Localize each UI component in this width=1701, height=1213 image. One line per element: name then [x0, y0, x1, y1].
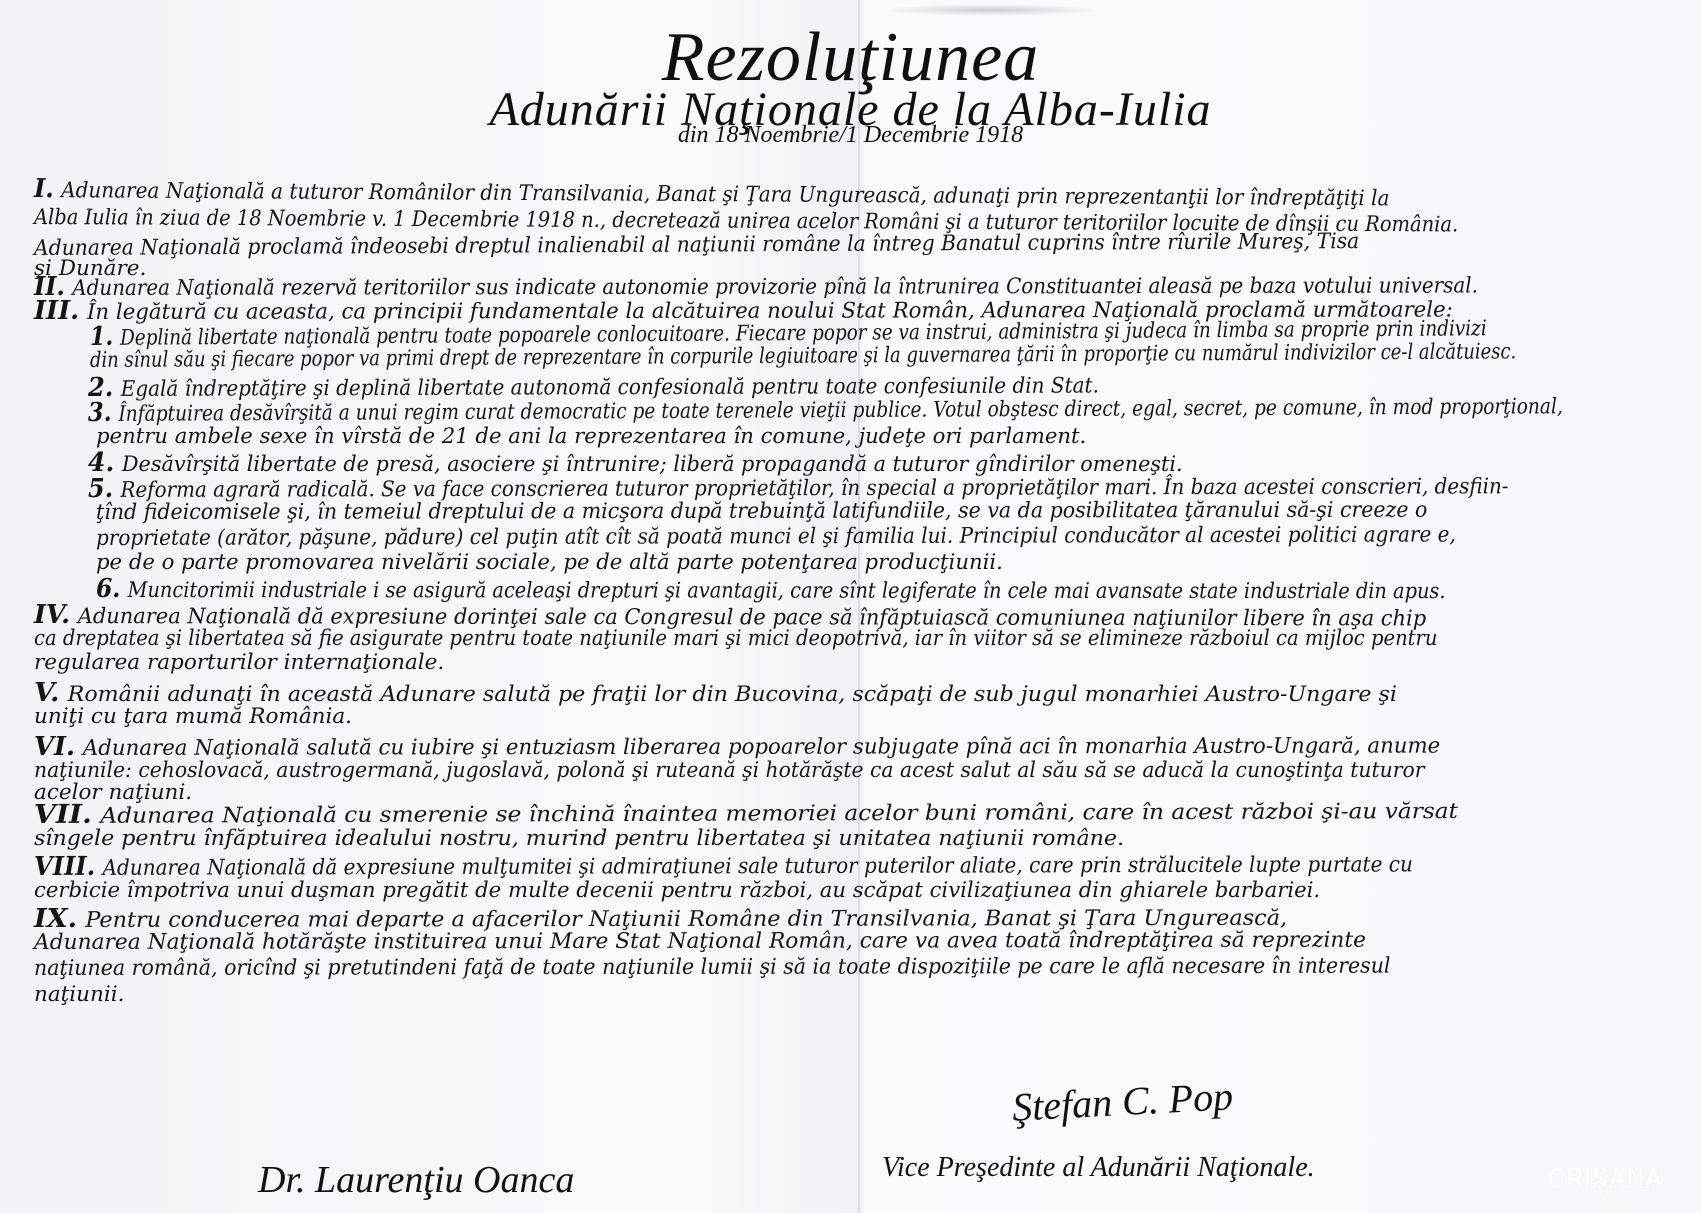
resolution-line: cerbicie împotriva unui duşman pregătit … [34, 878, 1320, 903]
line-text: Adunarea Naţională dă expresiune mulţumi… [103, 852, 1413, 880]
resolution-line: 3.Înfăptuirea desăvîrşită a unui regim c… [88, 390, 1563, 428]
line-text: ţînd fideicomisele şi, în temeiul dreptu… [96, 498, 1427, 525]
signature-laurentiu-oanca: Dr. Laurenţiu Oanca [258, 1158, 574, 1202]
line-text: sîngele pentru înfăptuirea idealului nos… [34, 826, 1124, 851]
resolution-line: Adunarea Naţională hotărăşte instituirea… [34, 928, 1366, 955]
section-number: I. [34, 174, 54, 204]
section-number: III. [34, 296, 79, 326]
resolution-line: sîngele pentru înfăptuirea idealului nos… [34, 826, 1124, 851]
line-text: Adunarea Naţională cu smerenie se închin… [100, 799, 1458, 829]
resolution-line: naţiunii. [34, 982, 124, 1007]
resolution-line: proprietate (arător, păşune, pădure) cel… [96, 522, 1456, 551]
line-text: Adunarea Naţională salută cu iubire şi e… [83, 734, 1440, 761]
line-text: pe de o parte promovarea nivelării socia… [96, 550, 1003, 575]
line-text: Adunarea Naţională proclamă îndeosebi dr… [34, 229, 1359, 261]
document-date: din 18 Noembrie/1 Decembrie 1918 [0, 122, 1701, 149]
line-text: pentru ambele sexe în vîrstă de 21 de an… [96, 424, 1086, 449]
scan-smudge [880, 4, 1100, 16]
resolution-line: ţînd fideicomisele şi, în temeiul dreptu… [96, 498, 1427, 525]
resolution-line: ca dreptatea şi libertatea să fie asigur… [34, 626, 1437, 651]
resolution-line: naţiunea română, oricînd şi pretutindeni… [34, 954, 1391, 981]
line-text: uniţi cu ţara mumă România. [34, 704, 352, 729]
line-text: naţiunea română, oricînd şi pretutindeni… [34, 954, 1391, 981]
signature-stefan-pop: Ştefan C. Pop [1011, 1072, 1234, 1131]
crisana-watermark: CRIŞANA [1548, 1162, 1663, 1196]
resolution-line: pentru ambele sexe în vîrstă de 21 de an… [96, 424, 1086, 449]
resolution-line: naţiunile: cehoslovacă, austrogermană, j… [34, 758, 1424, 783]
resolution-line: uniţi cu ţara mumă România. [34, 704, 352, 729]
line-text: cerbicie împotriva unui duşman pregătit … [34, 878, 1320, 903]
resolution-line: regularea raporturilor internaţionale. [34, 650, 444, 675]
line-text: ca dreptatea şi libertatea să fie asigur… [34, 626, 1437, 651]
line-text: regularea raporturilor internaţionale. [34, 650, 444, 675]
signature-role-vice-president: Vice Preşedinte al Adunării Naţionale. [882, 1152, 1315, 1184]
line-text: naţiunii. [34, 982, 124, 1007]
resolution-line: Adunarea Naţională proclamă îndeosebi dr… [34, 229, 1359, 261]
line-text: naţiunile: cehoslovacă, austrogermană, j… [34, 758, 1424, 783]
document-page: Rezoluţiunea Adunării Naţionale de la Al… [0, 0, 1701, 1213]
resolution-line: VIII.Adunarea Naţională dă expresiune mu… [34, 848, 1413, 882]
resolution-line: VII.Adunarea Naţională cu smerenie se în… [34, 795, 1458, 830]
line-text: Adunarea Naţională hotărăşte instituirea… [34, 928, 1366, 955]
line-text: proprietate (arător, păşune, pădure) cel… [96, 522, 1456, 551]
resolution-line: pe de o parte promovarea nivelării socia… [96, 550, 1003, 575]
line-text: Înfăptuirea desăvîrşită a unui regim cur… [118, 394, 1563, 427]
